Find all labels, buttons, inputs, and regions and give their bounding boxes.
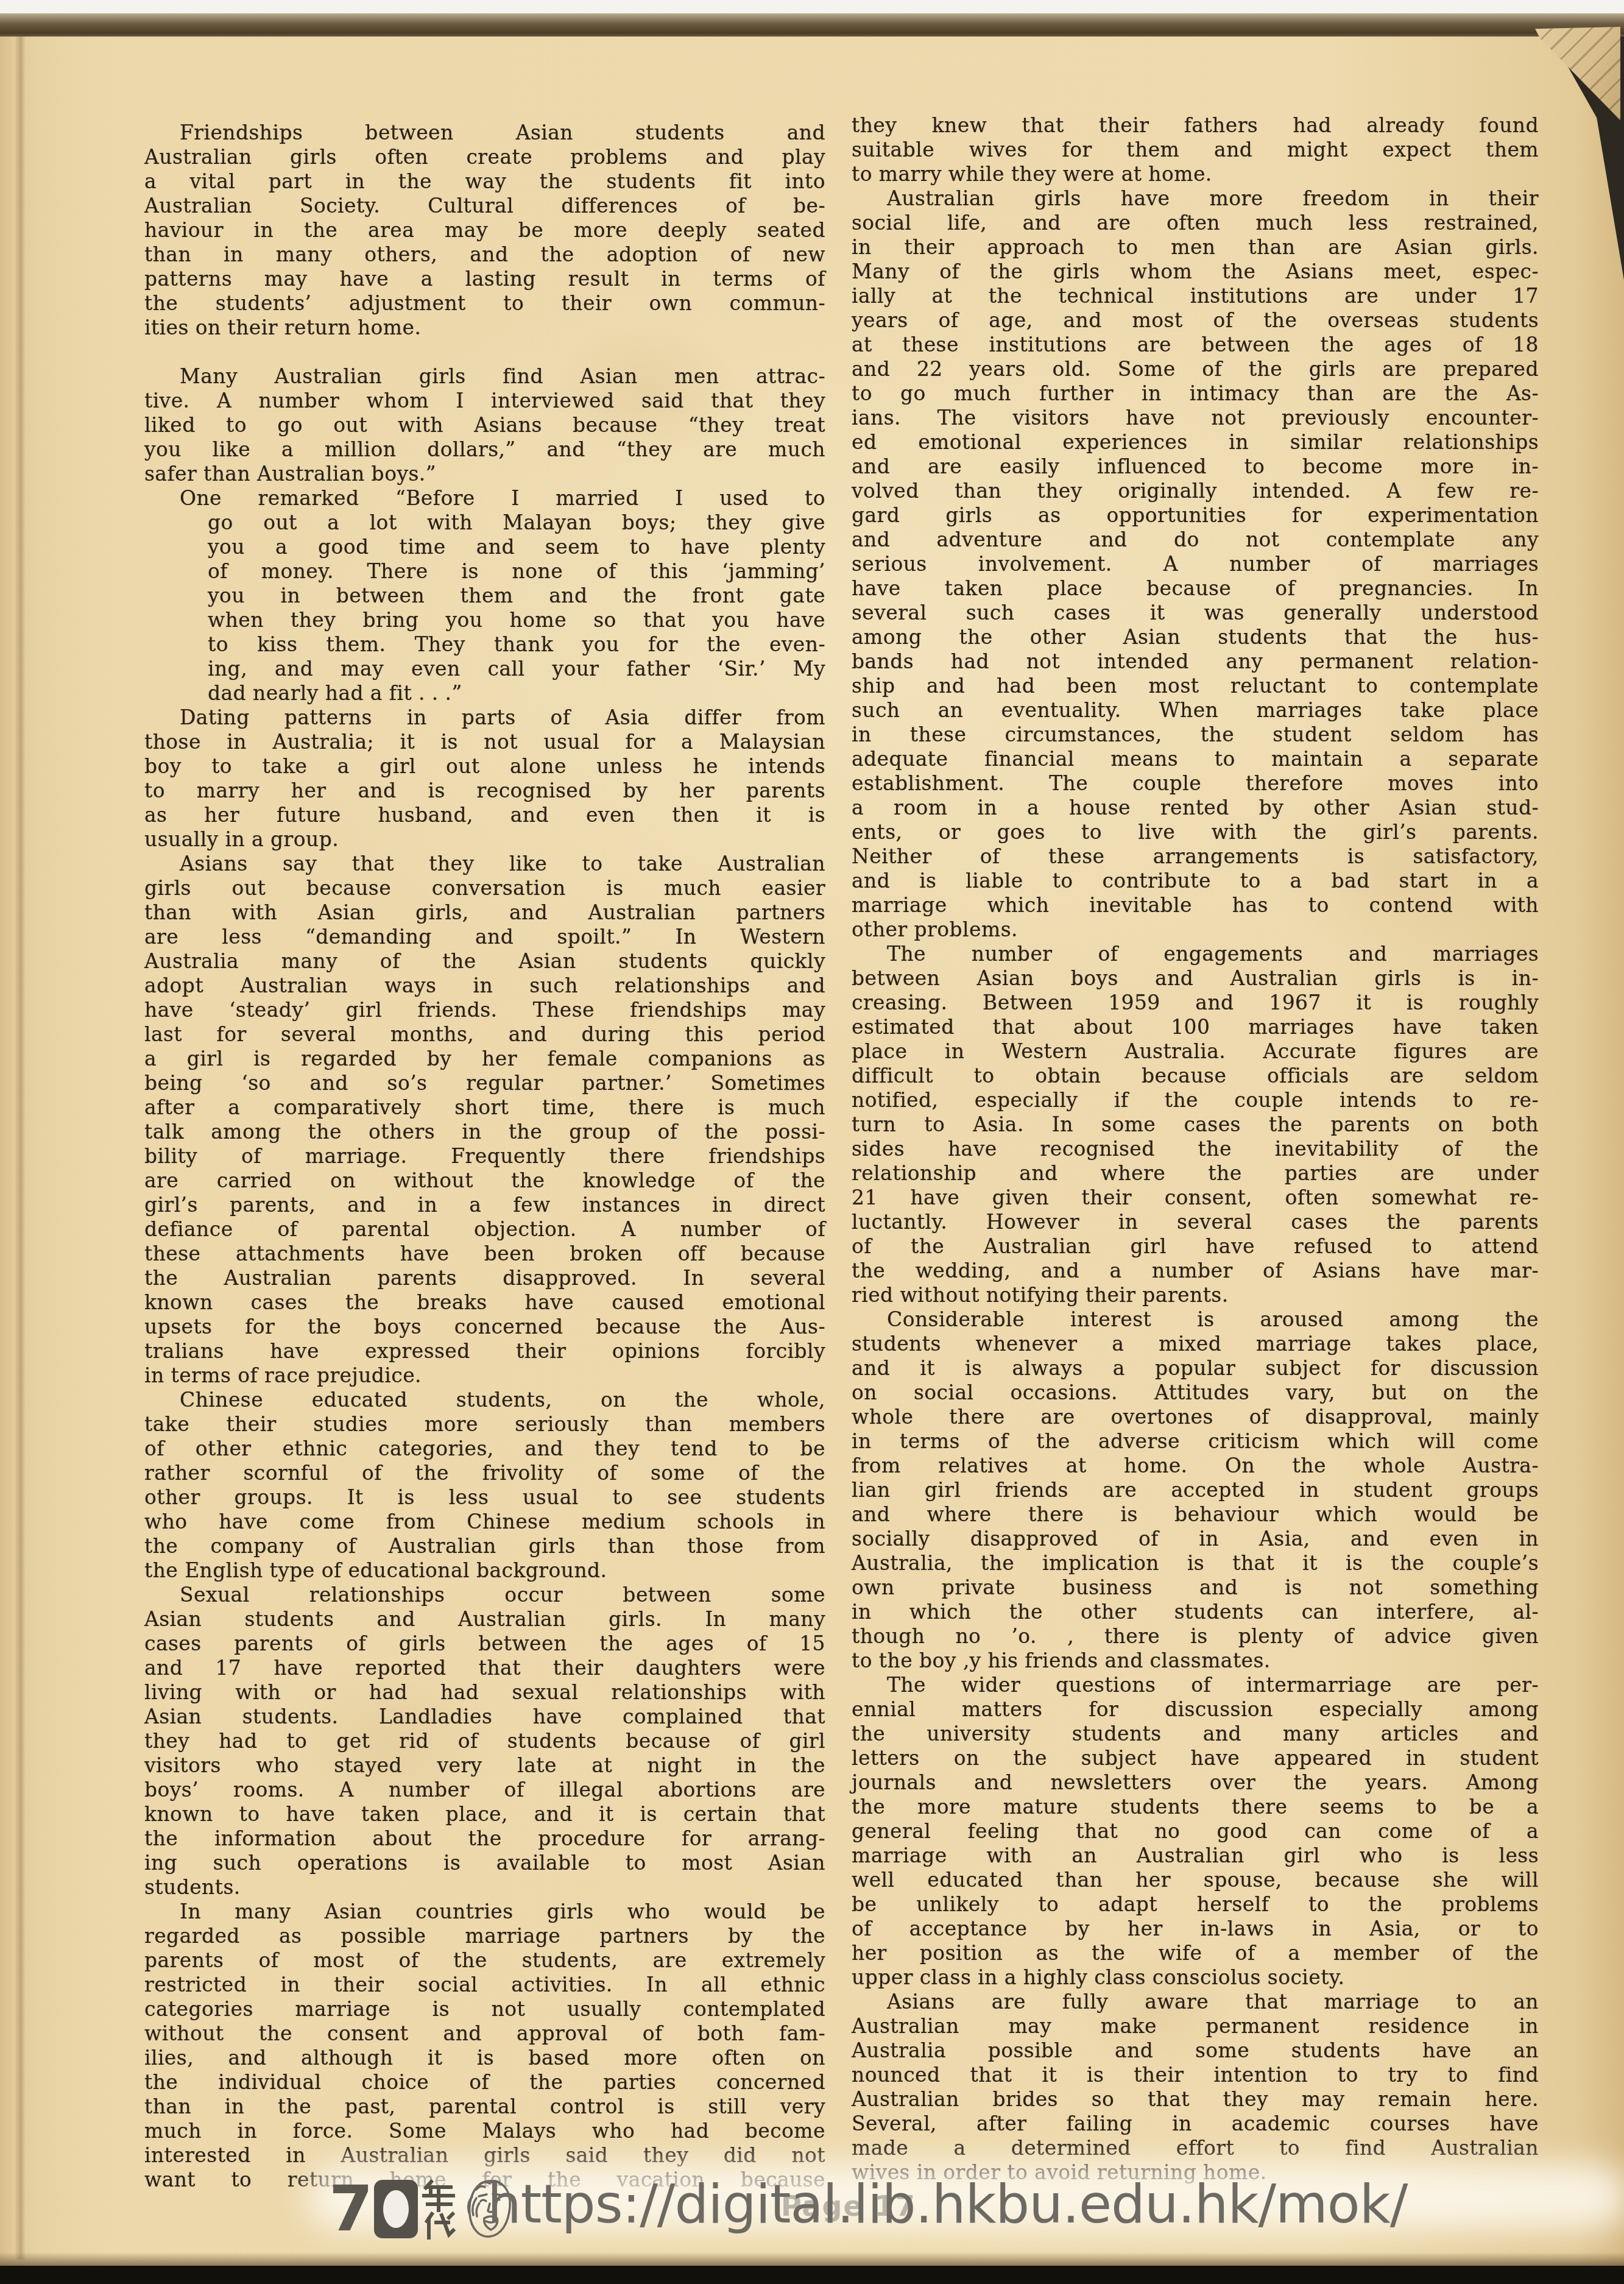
text-line: living with or had had sexual relationsh… <box>144 1680 825 1705</box>
text-line: Australian Society. Cultural differences… <box>144 194 825 218</box>
text-line: letters on the subject have appeared in … <box>852 1746 1539 1770</box>
text-line: boy to take a girl out alone unless he i… <box>144 754 825 779</box>
text-line: you a good time and seem to have plenty <box>208 535 825 559</box>
scanned-page: { "colors": { "paper": "#ecd8ab", "paper… <box>0 0 1624 2284</box>
text-line: in their approach to men than are Asian … <box>852 235 1539 260</box>
text-line: Many Australian girls find Asian men att… <box>144 364 825 389</box>
text-line: from relatives at home. On the whole Aus… <box>852 1454 1539 1478</box>
text-line: talk among the others in the group of th… <box>144 1120 825 1144</box>
text-line: in these circumstances, the student seld… <box>852 723 1539 747</box>
text-line: Australian brides so that they may remai… <box>852 2087 1539 2112</box>
text-line: known cases the breaks have caused emoti… <box>144 1290 825 1315</box>
text-line: and where there is behaviour which would… <box>852 1502 1539 1527</box>
text-line: though no ’o. ‚ there is plenty of advic… <box>852 1624 1539 1649</box>
scanner-edge-strip <box>0 0 1624 13</box>
text-line: bility of marriage. Frequently there fri… <box>144 1144 825 1169</box>
text-line: journals and newsletters over the years.… <box>852 1770 1539 1795</box>
text-line: upper class in a highly class consciolus… <box>852 1965 1539 1990</box>
text-line: visitors who stayed very late at night i… <box>144 1753 825 1778</box>
text-line: creasing. Between 1959 and 1967 it is ro… <box>852 991 1539 1015</box>
text-line: Considerable interest is aroused among t… <box>852 1307 1539 1332</box>
text-line: Neither of these arrangements is satisfa… <box>852 844 1539 869</box>
text-line: after a comparatively short time, there … <box>144 1095 825 1120</box>
text-line: the information about the procedure for … <box>144 1826 825 1851</box>
text-line: to marry her and is recognised by her pa… <box>144 779 825 803</box>
text-line: have taken place because of pregnancies.… <box>852 576 1539 601</box>
text-line: and 22 years old. Some of the girls are … <box>852 357 1539 381</box>
text-line: Sexual relationships occur between some <box>144 1583 825 1607</box>
body-paragraph: Asians say that they like to take Austra… <box>144 852 825 1388</box>
text-line: have ‘steady’ girl friends. These friend… <box>144 998 825 1022</box>
text-line: between Asian boys and Australian girls … <box>852 966 1539 991</box>
text-line: the more mature students there seems to … <box>852 1795 1539 1819</box>
text-line: you in between them and the front gate <box>208 584 825 608</box>
text-line: serious involvement. A number of marriag… <box>852 552 1539 576</box>
text-line: of acceptance by her in-laws in Asia, or… <box>852 1917 1539 1941</box>
text-line: they knew that their fathers had already… <box>852 113 1539 138</box>
block-quote-paragraph: One remarked “Before I married I used to… <box>144 486 825 705</box>
text-line: adopt Australian ways in such relationsh… <box>144 974 825 998</box>
text-line: difficult to obtain because officials ar… <box>852 1064 1539 1088</box>
text-line: The wider questions of intermarriage are… <box>852 1673 1539 1697</box>
text-line: such an eventuality. When marriages take… <box>852 698 1539 723</box>
text-line: are less “demanding and spoilt.” In West… <box>144 925 825 949</box>
bottom-edge-shadow <box>0 2252 1624 2266</box>
text-line: years of age, and most of the overseas s… <box>852 308 1539 333</box>
text-line: in terms of the adverse criticism which … <box>852 1429 1539 1454</box>
text-line: In many Asian countries girls who would … <box>144 1900 825 1924</box>
text-line: being ‘so and so’s regular partner.’ Som… <box>144 1071 825 1095</box>
text-line: One remarked “Before I married I used to <box>208 486 825 511</box>
text-line: ship and had been most reluctant to cont… <box>852 674 1539 698</box>
text-line: than in many others, and the adoption of… <box>144 242 825 267</box>
text-line: among the other Asian students that the … <box>852 625 1539 649</box>
text-line: marriage which inevitable has to contend… <box>852 893 1539 917</box>
text-line: ents, or goes to live with the girl’s pa… <box>852 820 1539 844</box>
text-line: and adventure and do not contemplate any <box>852 528 1539 552</box>
text-line: ially at the technical institutions are … <box>852 284 1539 308</box>
text-line: a girl is regarded by her female compani… <box>144 1047 825 1071</box>
text-line: made a determined effort to find Austral… <box>852 2136 1539 2160</box>
text-line: and are easily influenced to become more… <box>852 454 1539 479</box>
text-line: Dating patterns in parts of Asia differ … <box>144 705 825 730</box>
text-line: than with Asian girls, and Australian pa… <box>144 900 825 925</box>
text-line: a vital part in the way the students fit… <box>144 169 825 194</box>
logo-digit-seven: 7 <box>329 2180 373 2238</box>
text-line: own private business and is not somethin… <box>852 1575 1539 1600</box>
text-line: these attachments have been broken off b… <box>144 1242 825 1266</box>
text-line: tralians have expressed their opinions f… <box>144 1339 825 1363</box>
gutter-crease <box>15 37 26 2260</box>
text-line: take their studies more seriously than m… <box>144 1412 825 1437</box>
text-line: go out a lot with Malayan boys; they giv… <box>208 511 825 535</box>
text-line: notified, especially if the couple inten… <box>852 1088 1539 1112</box>
text-line: categories marriage is not usually conte… <box>144 1997 825 2021</box>
text-line: ilies, and although it is based more oft… <box>144 2046 825 2070</box>
text-line: lian girl friends are accepted in studen… <box>852 1478 1539 1502</box>
text-line: ians. The visitors have not previously e… <box>852 406 1539 430</box>
text-line: Several, after failing in academic cours… <box>852 2112 1539 2136</box>
text-line: are carried on without the knowledge of … <box>144 1169 825 1193</box>
text-line: to go much further in intimacy than are … <box>852 381 1539 406</box>
text-line: bands had not intended any permanent rel… <box>852 649 1539 674</box>
text-line: ennial matters for discussion especially… <box>852 1697 1539 1722</box>
text-line: well educated than her spouse, because s… <box>852 1868 1539 1892</box>
text-line: than in the past, parental control is st… <box>144 2095 825 2119</box>
body-paragraph: Considerable interest is aroused among t… <box>852 1307 1539 1673</box>
text-line: known to have taken place, and it is cer… <box>144 1802 825 1826</box>
body-paragraph: Australian girls have more freedom in th… <box>852 186 1539 942</box>
text-line: rather scornful of the frivolity of some… <box>144 1461 825 1485</box>
text-line: haviour in the area may be more deeply s… <box>144 218 825 242</box>
text-line: whole there are overtones of disapproval… <box>852 1405 1539 1429</box>
text-line: students. <box>144 1875 825 1900</box>
text-line: the company of Australian girls than tho… <box>144 1534 825 1558</box>
text-line: defiance of parental objection. A number… <box>144 1217 825 1242</box>
text-line: as her future husband, and even then it … <box>144 803 825 827</box>
body-paragraph: Sexual relationships occur between someA… <box>144 1583 825 1900</box>
page-stack-top-edge <box>0 13 1624 37</box>
text-line: the wedding, and a number of Asians have… <box>852 1259 1539 1283</box>
text-line: cases parents of girls between the ages … <box>144 1632 825 1656</box>
text-line: Asian students. Landladies have complain… <box>144 1705 825 1729</box>
text-line: patterns may have a lasting result in te… <box>144 267 825 291</box>
scan-bottom-band <box>0 2266 1624 2284</box>
text-line: to kiss them. They thank you for the eve… <box>208 632 825 657</box>
text-line: Asians say that they like to take Austra… <box>144 852 825 876</box>
text-line: and 17 have reported that their daughter… <box>144 1656 825 1680</box>
text-line: suitable wives for them and might expect… <box>852 138 1539 162</box>
text-line: Asians are fully aware that marriage to … <box>852 1990 1539 2014</box>
text-line: of other ethnic categories, and they ten… <box>144 1437 825 1461</box>
text-line: the individual choice of the parties con… <box>144 2070 825 2095</box>
text-line: to marry while they were at home. <box>852 162 1539 186</box>
body-paragraph: Dating patterns in parts of Asia differ … <box>144 705 825 852</box>
text-line: on social occasions. Attitudes vary, but… <box>852 1381 1539 1405</box>
text-line: Australia many of the Asian students qui… <box>144 949 825 974</box>
text-line: they had to get rid of students because … <box>144 1729 825 1753</box>
body-paragraph: Many Australian girls find Asian men att… <box>144 364 825 486</box>
text-line: of money. There is none of this ‘jamming… <box>208 559 825 584</box>
text-line: ities on their return home. <box>144 316 825 340</box>
text-line: Friendships between Asian students and <box>144 121 825 145</box>
text-line: safer than Australian boys.” <box>144 462 825 486</box>
text-line: without the consent and approval of both… <box>144 2021 825 2046</box>
text-line: those in Australia; it is not usual for … <box>144 730 825 754</box>
text-line: of the Australian girl have refused to a… <box>852 1234 1539 1259</box>
text-line: Asian students and Australian girls. In … <box>144 1607 825 1632</box>
text-line: tive. A number whom I interviewed said t… <box>144 389 825 413</box>
body-paragraph: In many Asian countries girls who would … <box>144 1900 825 2192</box>
text-line: Australian may make permanent residence … <box>852 2014 1539 2038</box>
text-line: the university students and many article… <box>852 1722 1539 1746</box>
text-line: girls out because conversation is much e… <box>144 876 825 900</box>
text-line: liked to go out with Asians because “the… <box>144 413 825 437</box>
text-line: restricted in their social activities. I… <box>144 1973 825 1997</box>
body-paragraph: Chinese educated students, on the whole,… <box>144 1388 825 1583</box>
digital-archive-url-watermark: https://digital.lib.hkbu.edu.hk/mok/ <box>487 2173 1407 2235</box>
text-line: luctantly. However in several cases the … <box>852 1210 1539 1234</box>
text-line: establishment. The couple therefore move… <box>852 771 1539 796</box>
text-line: her position as the wife of a member of … <box>852 1941 1539 1965</box>
text-line: sides have recognised the inevitability … <box>852 1137 1539 1161</box>
text-line: students whenever a mixed marriage takes… <box>852 1332 1539 1356</box>
text-line: relationship and where the parties are u… <box>852 1161 1539 1186</box>
text-line: nounced that it is their intention to tr… <box>852 2063 1539 2087</box>
body-paragraph: The wider questions of intermarriage are… <box>852 1673 1539 1990</box>
body-paragraph: Friendships between Asian students andAu… <box>144 121 825 340</box>
text-line: Many of the girls whom the Asians meet, … <box>852 260 1539 284</box>
text-line: other groups. It is less usual to see st… <box>144 1485 825 1510</box>
text-line: at these institutions are between the ag… <box>852 333 1539 357</box>
text-line: girl’s parents, and in a few instances i… <box>144 1193 825 1217</box>
text-line: gard girls as opportunities for experime… <box>852 503 1539 528</box>
text-line: the students’ adjustment to their own co… <box>144 291 825 316</box>
text-line: general feeling that no good can come of… <box>852 1819 1539 1844</box>
logo-digit-zero-icon <box>374 2180 418 2238</box>
text-line: adequate financial means to maintain a s… <box>852 747 1539 771</box>
text-line: dad nearly had a fit . . .” <box>208 681 825 705</box>
text-line: 21 have given their consent, often somew… <box>852 1186 1539 1210</box>
text-line: boys’ rooms. A number of illegal abortio… <box>144 1778 825 1802</box>
text-line: usually in a group. <box>144 827 825 852</box>
article-column-right: they knew that their fathers had already… <box>852 113 1539 2185</box>
text-line: The number of engagements and marriages <box>852 942 1539 966</box>
text-line: who have come from Chinese medium school… <box>144 1510 825 1534</box>
text-line: socially disapproved of in Asia, and eve… <box>852 1527 1539 1551</box>
text-line: turn to Asia. In some cases the parents … <box>852 1112 1539 1137</box>
text-line: Australian girls often create problems a… <box>144 145 825 169</box>
text-line: other problems. <box>852 917 1539 942</box>
text-line: be unlikely to adapt herself to the prob… <box>852 1892 1539 1917</box>
article-column-left: Friendships between Asian students andAu… <box>144 121 825 2192</box>
text-line: Australian girls have more freedom in th… <box>852 186 1539 211</box>
text-line: when they bring you home so that you hav… <box>208 608 825 632</box>
text-line: estimated that about 100 marriages have … <box>852 1015 1539 1039</box>
text-line: Chinese educated students, on the whole, <box>144 1388 825 1412</box>
body-paragraph: Asians are fully aware that marriage to … <box>852 1990 1539 2185</box>
text-line: ing, and may even call your father ‘Sir.… <box>208 657 825 681</box>
text-line: and is liable to contribute to a bad sta… <box>852 869 1539 893</box>
text-line: to the boy ‚y his friends and classmates… <box>852 1649 1539 1673</box>
text-line: you like a million dollars,” and “they a… <box>144 437 825 462</box>
text-line: ing such operations is available to most… <box>144 1851 825 1875</box>
body-paragraph: The number of engagements and marriagesb… <box>852 942 1539 1307</box>
text-line: place in Western Australia. Accurate fig… <box>852 1039 1539 1064</box>
text-line: Australia, the implication is that it is… <box>852 1551 1539 1575</box>
text-line: upsets for the boys concerned because th… <box>144 1315 825 1339</box>
text-line: several such cases it was generally unde… <box>852 601 1539 625</box>
text-line: parents of most of the students, are ext… <box>144 1948 825 1973</box>
body-paragraph: they knew that their fathers had already… <box>852 113 1539 186</box>
text-line: ried without notifying their parents. <box>852 1283 1539 1307</box>
text-line: in terms of race prejudice. <box>144 1363 825 1388</box>
text-line: the Australian parents disapproved. In s… <box>144 1266 825 1290</box>
text-line: last for several months, and during this… <box>144 1022 825 1047</box>
text-line: and it is always a popular subject for d… <box>852 1356 1539 1381</box>
nian-dai-characters-icon <box>422 2179 456 2240</box>
text-line: the English type of educational backgrou… <box>144 1558 825 1583</box>
text-line: social life, and are often much less res… <box>852 211 1539 235</box>
text-line: ed emotional experiences in similar rela… <box>852 430 1539 454</box>
text-line: in which the other students can interfer… <box>852 1600 1539 1624</box>
text-line: a room in a house rented by other Asian … <box>852 796 1539 820</box>
text-line: much in force. Some Malays who had becom… <box>144 2119 825 2143</box>
text-line: marriage with an Australian girl who is … <box>852 1844 1539 1868</box>
binding-left-edge <box>0 37 16 2260</box>
text-line: volved than they originally intended. A … <box>852 479 1539 503</box>
text-line: regarded as possible marriage partners b… <box>144 1924 825 1948</box>
text-line: Australia possible and some students hav… <box>852 2038 1539 2063</box>
